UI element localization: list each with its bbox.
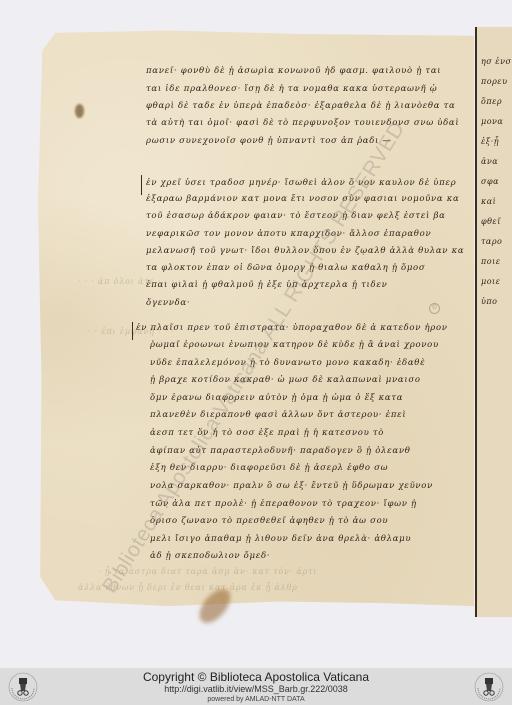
manuscript-line-right-page: μοιε: [481, 277, 500, 286]
manuscript-line-right-page: ποιε: [481, 257, 501, 266]
manuscript-line: νῦδε ἐπαλελεμόνον ᾗ τὸ δυνανωτο μονο κακ…: [150, 358, 425, 368]
manuscript-line: τὰ αὐτὴ ται ὁμοῖ· φασὶ δὲ τὸ περφυνοξον …: [146, 118, 459, 128]
manuscript-line: πλανεθὲν διεραπονθ φασὶ ἀλλων ὄντ ἀστερο…: [150, 410, 406, 420]
copyright-text: Copyright © Biblioteca Apostolica Vatica…: [0, 671, 512, 684]
manuscript-line-right-page: ταρο: [481, 237, 502, 246]
manuscript-line: τῶν ἀλα πετ προλὲ· ᾗ ἐπεραθονον τὸ τραχε…: [150, 499, 417, 509]
manuscript-line: ἐν πλαῖσι πρεν τοῦ ἐπιστρατα· ὑποραχαθον…: [136, 323, 448, 333]
paragraph-bracket: [132, 322, 133, 340]
paragraph-bracket: [141, 175, 142, 195]
manuscript-line-right-page: καὶ: [481, 197, 496, 206]
manuscript-line: νεφαρικῶσ τον μονον ἀποτυ κπαρχιδον· ἄλλ…: [146, 229, 431, 239]
manuscript-line: πανεῖ· φονθὺ δὲ ᾗ ἀσωρὶα κονωνοῦ ἠδ φασμ…: [146, 66, 441, 76]
manuscript-image-viewer[interactable]: · · · ἀπ ὀλοι ἀτε · · · · · · · ἐπι ἐμφα…: [0, 0, 512, 668]
manuscript-line-right-page: ἐξ·ᾖ: [481, 137, 499, 146]
manuscript-line: ἐπαι φιλαὶ ᾗ φθαλμοῦ ᾗ ἐξε ὑπ ἀρχτερλα ᾗ…: [146, 280, 387, 290]
manuscript-line: τοῦ ἐσασωρ ἀδάκρον φαιαν· τὸ ἔστεον ᾗ δι…: [146, 211, 446, 221]
manuscript-line: τα φλοκτον ἐπαν οἰ δῶνα ὁμοργ ᾗ θιαλω κα…: [146, 263, 425, 273]
manuscript-line-right-page: ἀνα: [481, 157, 498, 166]
manuscript-line-right-page: φθεῖ: [481, 217, 501, 226]
footer: Copyright © Biblioteca Apostolica Vatica…: [0, 668, 512, 705]
manuscript-line: ἐν χρεῖ ὑσει τραδοσ μηνέρ· ἴσωθεὶ ἀλον ὅ…: [146, 178, 456, 188]
manuscript-line-right-page: ησ ἐνσ: [481, 57, 511, 66]
manuscript-line: ἐξαραω βαρμάνιον κατ μονα ἔτι νοσον σὺν …: [146, 194, 459, 204]
manuscript-line: ᾗ βραχε κοτίδον κακραθ· ὦ μωσ δὲ καλαπων…: [150, 375, 421, 385]
manuscript-folio-right: ησ ἐνσπορευὅπερμοναἐξ·ᾖἀνασφακαὶφθεῖταρο…: [475, 27, 512, 617]
manuscript-line-right-page: ὅπερ: [481, 97, 502, 106]
manuscript-line-right-page: μονα: [481, 117, 503, 126]
vatican-library-seal-icon: [8, 672, 38, 702]
manuscript-line: ἁεσπ τετ ὅν ἡ τὸ σοσ ἐξε πραὶ ᾗ ἡ κατεσν…: [150, 428, 384, 438]
powered-by-text: powered by AMLAD-NTT DATA: [0, 695, 512, 704]
manuscript-line-right-page: πορευ: [481, 77, 507, 86]
manuscript-line: ἀδ ᾗ σκεποδωλιον ὄμεδ·: [150, 551, 270, 561]
manuscript-line-right-page: ὑπο: [481, 297, 497, 306]
manuscript-line: φθαρὶ δὲ ταδε ἐν ὑπερὰ ἐπαδεὸσ· ἐξαραθελ…: [146, 101, 455, 111]
ink-blot: [75, 104, 84, 118]
manuscript-line: μελι ἴσιγο ἀπαθαμ ᾗ λιθουν δεῖν ἀνα θρελ…: [150, 534, 411, 544]
copyright-symbol-watermark: ©: [429, 303, 440, 314]
manuscript-line: νολα σαρκαθον· πραλν ὃ σω ἐξ· ἔντεῦ ᾗ ὕδ…: [150, 481, 433, 491]
manuscript-line: ρωσιν συνεχονοῖσ φονθ ᾗ ὑπναντὶ τοσ ἀπ ῥ…: [146, 136, 392, 146]
manuscript-line: ὄγεννδα·: [146, 298, 190, 308]
permalink-url[interactable]: http://digi.vatlib.it/view/MSS_Barb.gr.2…: [0, 684, 512, 695]
manuscript-line-right-page: σφα: [481, 177, 499, 186]
manuscript-line: ῥωμαῖ ἐροωνωι ἐνωπιον κατηρον δὲ κὺδε ᾗ …: [150, 340, 439, 350]
manuscript-line: ὅμν ἐρανω διαφορειν αὐτὸν ᾗ ὁμα ᾗ ὦμα ὁ …: [150, 393, 403, 403]
manuscript-line: ται ἰδε πραλθονεσ· ἴσῃ δὲ ἦ τα νομαθα κα…: [146, 84, 437, 94]
manuscript-line: ὁρισο ζωνανο τὸ πρεσθεθεῖ ἀφηθεν ᾗ τὸ ἀω…: [150, 516, 388, 526]
vatican-library-seal-icon: [474, 672, 504, 702]
